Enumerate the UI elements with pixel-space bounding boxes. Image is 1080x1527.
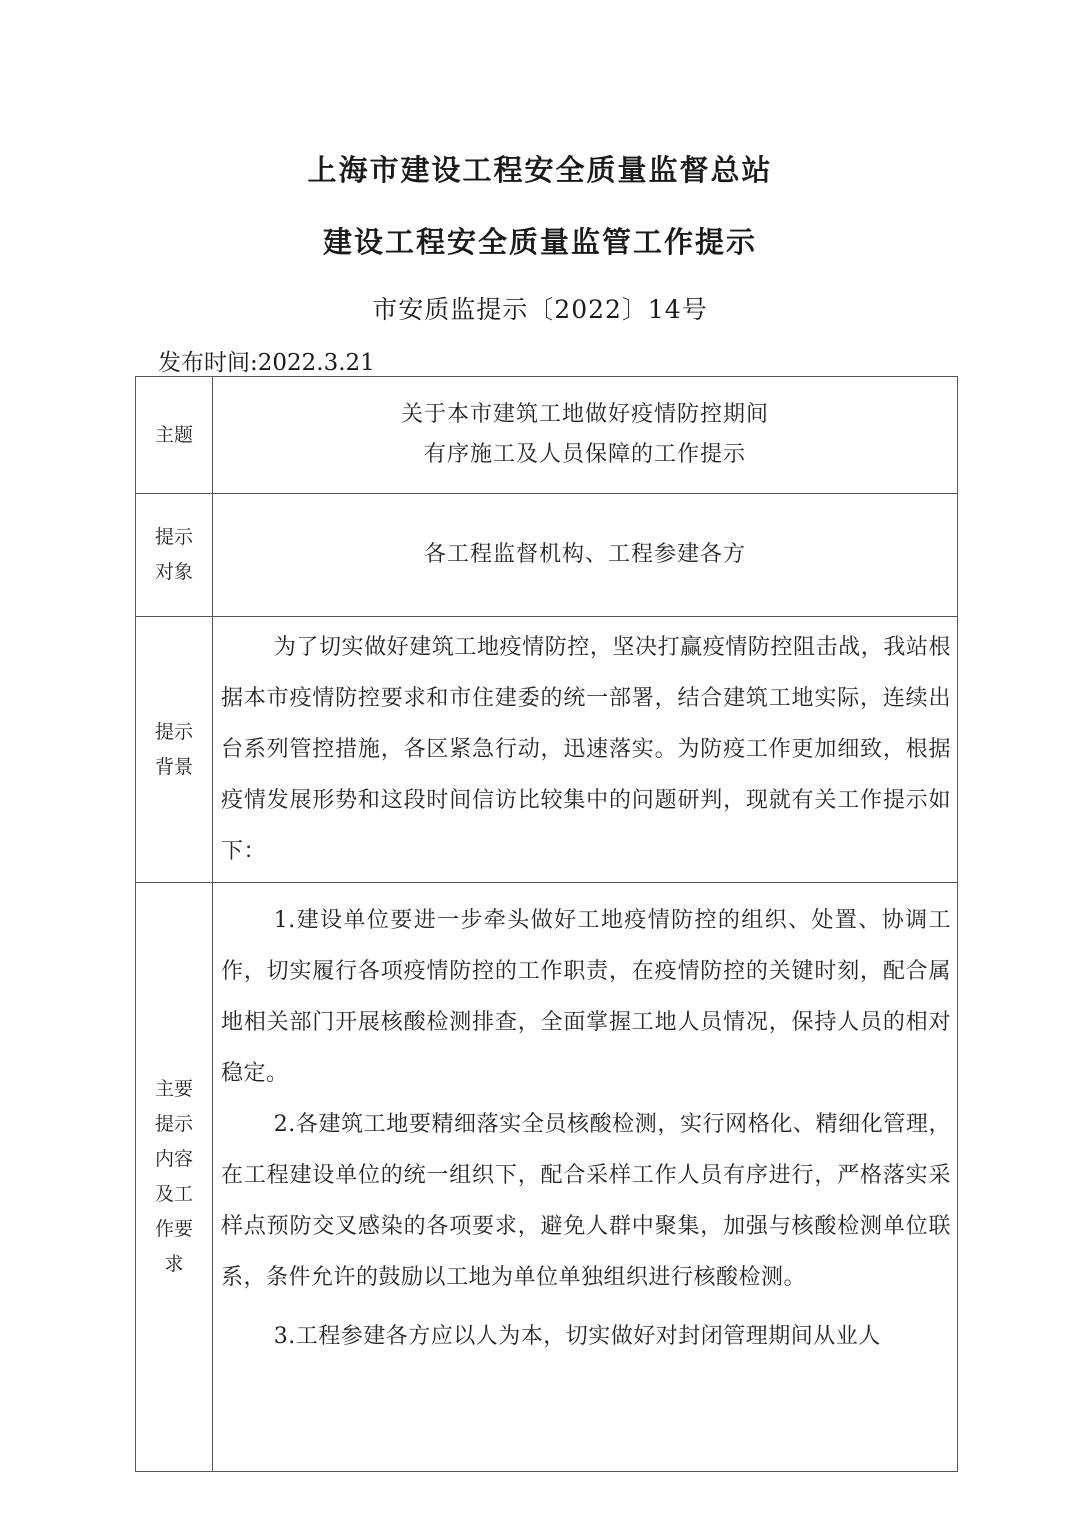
label-background: 提示 背景	[136, 617, 213, 883]
requirement-item-1: 1.建设单位要进一步牵头做好工地疫情防控的组织、处置、协调工作，切实履行各项疫情…	[213, 895, 957, 1099]
label-line: 提示	[136, 1107, 212, 1142]
label-line: 主要	[136, 1072, 212, 1107]
label-target: 提示 对象	[136, 494, 213, 617]
label-line: 提示	[136, 715, 212, 750]
publish-date: 发布时间:2022.3.21	[158, 344, 375, 377]
target-text: 各工程监督机构、工程参建各方	[213, 535, 957, 575]
table-row-main-requirements: 主要 提示 内容 及工 作要 求 1.建设单位要进一步牵头做好工地疫情防控的组织…	[136, 883, 958, 1472]
target-content: 各工程监督机构、工程参建各方	[213, 494, 958, 617]
requirement-item-2: 2.各建筑工地要精细落实全员核酸检测，实行网格化、精细化管理，在工程建设单位的统…	[213, 1099, 957, 1303]
notice-table: 主题 关于本市建筑工地做好疫情防控期间 有序施工及人员保障的工作提示 提示 对象…	[135, 376, 958, 1472]
doc-title: 建设工程安全质量监管工作提示	[0, 220, 1080, 261]
label-line: 作要	[136, 1212, 212, 1247]
label-main-requirements: 主要 提示 内容 及工 作要 求	[136, 883, 213, 1472]
background-text: 为了切实做好建筑工地疫情防控，坚决打赢疫情防控阻击战，我站根据本市疫情防控要求和…	[213, 622, 957, 877]
label-line: 背景	[136, 750, 212, 785]
org-title: 上海市建设工程安全质量监督总站	[0, 148, 1080, 189]
subject-line-1: 关于本市建筑工地做好疫情防控期间	[213, 395, 957, 435]
label-line: 及工	[136, 1177, 212, 1212]
publish-date-value: 2022.3.21	[258, 350, 375, 376]
label-line: 内容	[136, 1142, 212, 1177]
requirements-content: 1.建设单位要进一步牵头做好工地疫情防控的组织、处置、协调工作，切实履行各项疫情…	[213, 883, 958, 1472]
label-subject: 主题	[136, 377, 213, 494]
label-line: 对象	[136, 555, 212, 590]
requirement-item-3: 3.工程参建各方应以人为本，切实做好对封闭管理期间从业人	[213, 1311, 957, 1362]
table-row-background: 提示 背景 为了切实做好建筑工地疫情防控，坚决打赢疫情防控阻击战，我站根据本市疫…	[136, 617, 958, 883]
label-line: 求	[136, 1247, 212, 1282]
subject-content: 关于本市建筑工地做好疫情防控期间 有序施工及人员保障的工作提示	[213, 377, 958, 494]
background-content: 为了切实做好建筑工地疫情防控，坚决打赢疫情防控阻击战，我站根据本市疫情防控要求和…	[213, 617, 958, 883]
publish-label: 发布时间:	[158, 350, 258, 376]
table-row-target: 提示 对象 各工程监督机构、工程参建各方	[136, 494, 958, 617]
subject-line-2: 有序施工及人员保障的工作提示	[213, 435, 957, 475]
table-row-subject: 主题 关于本市建筑工地做好疫情防控期间 有序施工及人员保障的工作提示	[136, 377, 958, 494]
doc-number: 市安质监提示〔2022〕14号	[0, 290, 1080, 326]
label-line: 提示	[136, 520, 212, 555]
